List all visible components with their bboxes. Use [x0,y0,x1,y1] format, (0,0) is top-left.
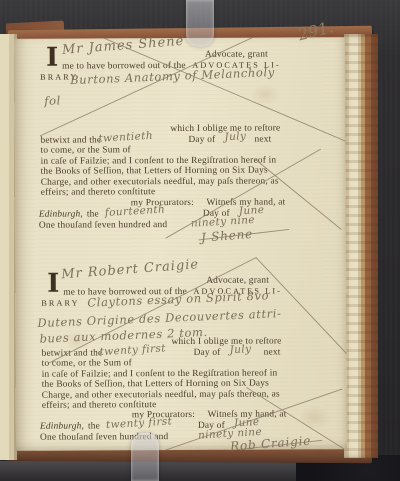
dropcap-initial: I [47,273,59,295]
retaining-strap-top [186,0,214,47]
return-day-handwritten: twenty first [99,343,166,357]
borrower-name-handwritten: Mr Robert Craigie [61,257,200,282]
oblige-line: which I oblige me to reſtore [171,336,281,347]
next-text: next [254,135,271,146]
return-day-handwritten: twentieth [98,131,153,145]
year-line: One thouſand ſeven hundred and ninety ni… [39,219,339,231]
day-of-text: Day of [188,135,215,146]
return-month-handwritten: July [224,131,246,143]
borrower-signature: J Shene [201,227,254,245]
betwixt-pre-text: betwixt and the [42,348,103,358]
betwixt-pre-text: betwixt and the [40,135,101,145]
book-fore-edge [344,34,378,458]
the-text: the [87,209,99,220]
foxing-spot [250,83,280,105]
folio-number: 291. [296,17,335,44]
year-printed-text: One thouſand ſeven hundred and [39,220,167,231]
failzie-line-4: effeirs; and thereto conſtitute [41,187,156,198]
book-format-handwritten: fol [44,93,61,108]
failzie-line-2: the Books of Seſſion, that Letters of Ho… [42,379,269,391]
ledger-page: 291. Mr James Shene I Advocate, grant me… [14,37,347,451]
the-text: the [88,421,100,432]
failzie-line-2: the Books of Seſſion, that Letters of Ho… [41,166,268,178]
return-month-handwritten: July [229,344,251,356]
advocate-grant-text: Advocate, grant [205,50,268,61]
sum-line: to come, or the Sum of [42,358,132,369]
sum-line: to come, or the Sum of [40,145,130,156]
advocate-grant-text: Advocate, grant [206,276,269,287]
next-text: next [264,347,281,358]
signed-day-handwritten: fourteenth [105,205,166,219]
brary-text: brary [41,299,79,310]
day-of-text: Day of [194,348,221,359]
signed-day-handwritten: twenty first [106,416,173,430]
betwixt-line: betwixt and the twenty first Day of July… [42,347,342,359]
failzie-line-3: Charge, and other executorials needful, … [42,389,280,401]
photographed-ledger-scene: 291. Mr James Shene I Advocate, grant me… [0,0,400,481]
dropcap-initial: I [46,47,58,69]
retaining-strap-bottom [131,433,159,481]
edinburgh-text: Edinburgh, [39,210,83,220]
ledger-book: 291. Mr James Shene I Advocate, grant me… [0,26,378,464]
edinburgh-text: Edinburgh, [40,422,84,432]
